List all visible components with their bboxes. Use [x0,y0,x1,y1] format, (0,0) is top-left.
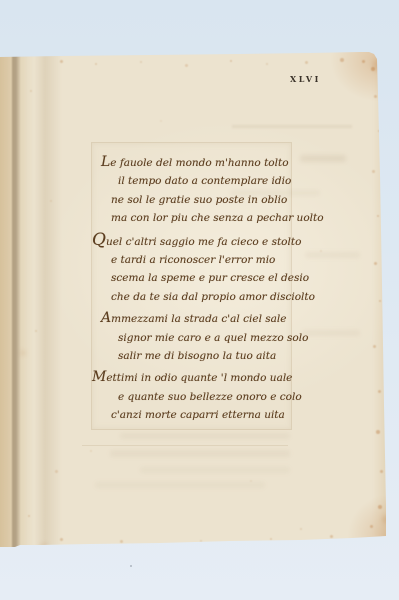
poem-line: Quel c'altri saggio me fa cieco e stolto [92,231,314,251]
folio-number: XLVI [290,74,321,84]
poem-stanza: Ammezzami la strada c'al ciel sale signo… [92,309,314,365]
page-edge-stain [348,495,399,555]
show-through-mark [232,125,352,128]
poem-stanza: Quel c'altri saggio me fa cieco e stolto… [92,231,314,307]
poem-line: Le fauole del mondo m'hanno tolto [92,153,314,172]
poem-text: Le fauole del mondo m'hanno tolto il tem… [92,142,314,425]
poem-line: c'anzi morte caparri etterna uita [92,406,314,424]
poem-line: che da te sia dal propio amor disciolto [92,288,314,306]
poem-stanza: Mettimi in odio quante 'l mondo uale e q… [92,368,314,424]
poem-line: e quante suo bellezze onoro e colo [92,388,314,406]
poem-line: il tempo dato a contemplare idio [92,172,314,190]
poem-line: ma con lor piu che senza a pechar uolto [92,209,314,227]
poem-line: scema la speme e pur cresce el desio [92,269,314,287]
poem-line: signor mie caro e a quel mezzo solo [92,329,314,347]
page-edge-stain [330,42,399,102]
poem-line: Ammezzami la strada c'al ciel sale [92,309,314,328]
poem-line: e tardi a riconoscer l'error mio [92,251,314,269]
photo-backdrop: XLVI Le fauole del mondo m'hanno tolto i… [0,0,399,600]
backdrop-speck [130,565,132,567]
manuscript-page: XLVI Le fauole del mondo m'hanno tolto i… [0,0,399,600]
ruled-line [82,445,288,446]
poem-line: salir me di bisogno la tuo aita [92,347,314,365]
poem-line: Mettimi in odio quante 'l mondo uale [92,368,314,387]
